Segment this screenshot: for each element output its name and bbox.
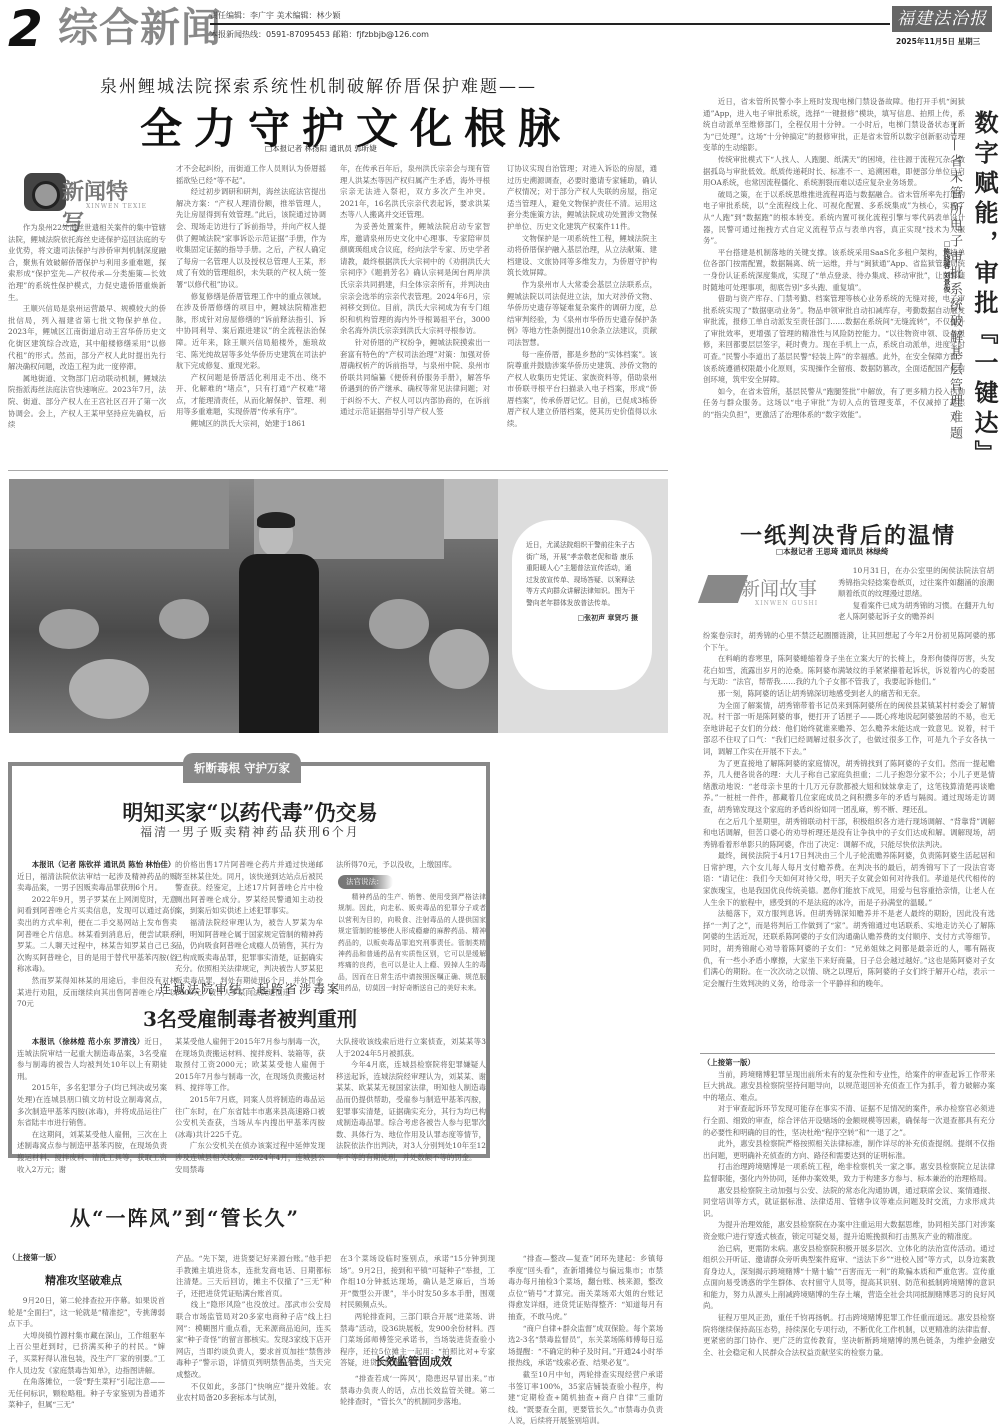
paragraph: 征程万里风正劲，重任千钧再扬帆。打击跨境赌博犯罪工作任重而道远。惠安县检察院将继… <box>703 1312 995 1358</box>
paragraph: 那一刻，陈阿婆的话让胡秀锦深切地感受到老人的痛苦和无奈。 <box>703 688 995 700</box>
continued-label: （上接第一版） <box>703 1057 995 1069</box>
photo-caption: 近日，尤溪法院组织干警前往朱子古街广场，开展“孝亲敬老促和谐 康乐重阳暖人心”主… <box>512 520 652 690</box>
paragraph: 打击治理跨境赌博是一项系统工程，绝非检察机关一家之事。惠安县检察院立足法律监督职… <box>703 1161 995 1184</box>
paragraph: 在之后几个星期里，胡秀锦联动村干部，积极组织各方进行现场调解、“背靠背”调解和电… <box>703 816 995 851</box>
lead-credit: 本报讯（徐林煌 范小东 罗清浅） <box>32 1037 145 1046</box>
badge-label: 新闻故事 <box>741 574 817 601</box>
photo-person <box>239 514 319 733</box>
paragraph: 为妥善处置案件，鲤城法院启动专家智库，邀请泉州历史文化中心理事、专家陪审员颜廣瑛… <box>340 221 490 337</box>
camera-icon <box>24 173 66 211</box>
paragraph: 今年4月底，连城县检察院将犯罪嫌疑人移送起诉，连城法院经审理认为，刘某某、谢某某… <box>336 1059 486 1163</box>
digital-article-byline: □陈晓蓉 刘景俊 <box>942 240 952 292</box>
story-article-byline: □本报记者 王思琦 通讯员 林绿绮 <box>776 546 888 557</box>
publication-date: 2025年11月5日 星期三 <box>896 36 980 47</box>
paragraph: 法所得70元，予以没收，上缴国库。 <box>336 859 484 871</box>
paragraph: 法槌落下，双方服判息诉。但胡秀锦深知赡养并不是老人最终的期盼，因此没有选择“一判… <box>703 908 995 989</box>
section-title: 综合新闻 <box>58 4 222 52</box>
paragraph: 治已病，更需防未病。惠安县检察院积极开展多层次、立体化的法治宣传活动。通过组织公… <box>703 1243 995 1313</box>
bottom-article-column-4: “排查—整改—复查”闭环先建起：乡镇每季度“回头看”，查新增摊位与偏远集市；市禁… <box>508 1253 663 1427</box>
paragraph: 近日，福清法院依法审结一起涉及精神药品的贩卖毒品案，一男子因贩卖毒品罪获刑6个月… <box>17 871 177 894</box>
paragraph: 修复修缮是侨厝管理工作中的重点领域。在涉及侨厝修缮的项目中，鲤城法院精准把脉，形… <box>176 291 326 372</box>
digital-article-title: 数字赋能，审批『一键达』 <box>970 110 1000 470</box>
paragraph: 在这期间，刘某某受他人雇佣，三次在上述制毒窝点参与制造甲基苯丙胺，在现场负责搬运… <box>17 1129 167 1175</box>
paragraph: 作为泉州市人大常委会基层立法联系点，鲤城法院以司法促进立法，加大对涉侨文物、华侨… <box>507 279 657 349</box>
paragraph: 借助与资产库存、门禁考勤、档案管理等核心业务系统的无缝对接，电子审批系统实现了“… <box>703 293 965 386</box>
paragraph: 经过初步调研和研判，海丝法庭法官提出解决方案：“产权人理清份额，推举管理人，先让… <box>176 186 326 290</box>
bottom-article-column-2: 产品。“先下架，进货要记好来源台账。”他手把手教摊主填进货本，连批发商电话、日期… <box>176 1253 331 1404</box>
paragraph: 2022年9月，男子罗某在上网浏览时，无意间看到阿普唑仑片买卖信息，发现可以通过… <box>17 894 177 975</box>
subheading: 精准攻坚破难点 <box>45 1272 122 1288</box>
bottom-article-title: 从“一阵风”到“管长久” <box>70 1202 300 1231</box>
drug-article-1-column-3: 法所得70元，予以没收，上缴国库。 <box>336 859 484 871</box>
paragraph: 王顺兴信局是泉州运营最早、规模较大的侨批信局，列入福建省第七批文物保护单位。20… <box>8 303 166 373</box>
section-divider <box>700 1053 995 1054</box>
paragraph: “排查—整改—复查”闭环先建起：乡镇每季度“回头看”，查新增摊位与偏远集市；市禁… <box>508 1253 663 1323</box>
header-rule <box>210 23 890 25</box>
paragraph: 如今，在省未管所，基层民警从“跑腿签批”中解放，有了更多精力投入执勤任务与群众服… <box>703 386 965 421</box>
paragraph: 每一座侨厝，都是乡愁的“实体档案”。该院尊重并鼓励涉案华侨历史建筑、涉侨文物的产… <box>507 349 657 430</box>
hotline-info: 本报新闻热线：0591-87095453 邮箱：fjfzbbjb@126.com <box>210 29 429 40</box>
paragraph: 文物保护是一项系统性工程，鲤城法院主动将侨厝保护融入基层治理，从立法献策、建档建… <box>507 233 657 279</box>
paragraph: 线上“隐形风险”也没放过。邵武市公安局联合市场监管局对20多家电商种子店“线上扫… <box>176 1299 331 1380</box>
judge-commentary-tag: 法官说法： <box>338 875 393 889</box>
paragraph: 复看案件已成为胡秀锦的习惯。在翻开九旬老人陈阿婆起诉子女的赡养纠 <box>838 600 994 623</box>
paragraph: 广东公安机关在侦办该案过程中延伸发现涉及连城县相关线索。2024年4月，连城县公… <box>175 1140 325 1175</box>
news-story-badge: 新闻故事 XINWEN GUSHI <box>703 570 828 615</box>
subheading: 长效监管固成效 <box>375 1353 452 1369</box>
paragraph: 10月31日，在办公室里的闽侯法院法官胡秀锦指尖轻捻案卷纸页，过往案件如翻涌的浪… <box>838 565 994 600</box>
paragraph: 订协议实现自治管理；对进入诉讼的房屋，通过历史溯源调查，必要时邀请专家辅助，确认… <box>507 163 657 233</box>
paragraph: 此外，惠安县检察院严格按照相关法律标准，制作详尽的补充侦查提纲。提纲不仅指出问题… <box>703 1138 995 1161</box>
paragraph: 为提升治理效能，惠安县检察院在办案中注重运用大数据思维，协同相关部门对涉案资金账… <box>703 1219 995 1242</box>
paragraph: 为全面了解案情，胡秀锦带着书记员来到陈阿婆所在的闽侯县某镇某村村委会了解情况。村… <box>703 700 995 758</box>
paragraph: 鲤城区的洪氏大宗祠，始建于1861 <box>176 418 326 430</box>
photo-crowd <box>159 599 209 639</box>
lead-credit: 本报讯（记者 陈钦祥 通讯员 陈怡 林怡佳） <box>32 860 175 869</box>
photo-crowd <box>369 599 429 649</box>
paragraph: 9月20日，第二轮排查拉开序幕。如果说首轮是“全面扫”，这一轮就是“精准挖”，专… <box>8 1295 165 1330</box>
drug-article-1-column-2: 的价格出售17片阿普唑仑药片并通过快递邮寄至林某住处。同月，该快递到达站点后被民… <box>175 859 323 998</box>
paragraph: “商户自律+群众监督”成双保险。每个菜场选2-3名“禁毒监督员”，东关菜场陈师傅… <box>508 1323 663 1369</box>
main-article-kicker: 泉州鲤城法院探索系统性机制破解侨厝保护难题—— <box>100 72 537 97</box>
page-number: 2 <box>8 4 43 54</box>
paragraph: 不仅如此，多部门“快响应”提升效能。农业农村局备20多套标本与试剂， <box>176 1381 331 1404</box>
paragraph: “排查若成‘一阵风’，隐患迟早冒出来。”市禁毒办负责人的话，点出长效监管关键。第… <box>340 1373 495 1408</box>
section-divider <box>8 470 668 471</box>
paragraph: 才不会起纠纷，而街道工作人员则认为侨厝摇摇欲坠已经“等不起”。 <box>176 163 326 186</box>
photo-credit: □张初声 章贤巧 摄 <box>526 613 638 625</box>
paragraph: 惠安县检察院主动加强与公安、法院的常态化沟通协调，通过联席会议、案情通报、同堂培… <box>703 1185 995 1220</box>
paragraph: 对于审查起诉环节发现可能存在事实不清、证据不足情况的案件，承办检察官必须进行全面… <box>703 1103 995 1138</box>
continued-label: （上接第一版） <box>8 1252 61 1263</box>
paragraph: 最终，闽侯法院于4月17日判决由三个儿子轮流赡养陈阿婆，负责陈阿婆生活起居和日常… <box>703 850 995 908</box>
paragraph: 针对侨厝的产权纷争，鲤城法院摸索出一套富有特色的“产权司法治理”对策：加强对侨厝… <box>340 337 490 418</box>
paragraph: 破局之策，在于以系统思维推进流程再造与数据融合。省未管所率先打造的电子审批系统，… <box>703 189 965 247</box>
drug-article-2-title: 3名受雇制毒者被判重刑 <box>0 1003 500 1032</box>
paragraph: 2015年7月底，同案人员将制造的毒品运往广东时，在广东省陆丰市惠来县高速路口被… <box>175 1094 325 1140</box>
paragraph: 近日，省未管所民警小李上班时发现电梯门禁设备故障。他打开手机“闽狱通”App，进… <box>703 96 965 154</box>
paragraph: 2015年，多名犯罪分子(均已判决或另案处理)在连城县朋口镇文坊村设立制毒窝点，… <box>17 1082 167 1128</box>
drug-article-2-column-1: 本报讯（徐林煌 范小东 罗清浅）近日，连城法院审结一起重大制造毒品案，3名受雇参… <box>17 1036 167 1175</box>
gambling-article-body: （上接第一版） 当前，跨境赌博犯罪呈现出前所未有的复杂性和专业性，给案件的审查起… <box>703 1057 995 1358</box>
paragraph: 的价格出售17片阿普唑仑药片并通过快递邮寄至林某住处。同月，该快递到达站点后被民… <box>175 859 323 917</box>
paragraph: 产品。“先下架，进货要记好来源台账。”他手把手教摊主填进货本，连批发商电话、日期… <box>176 1253 331 1299</box>
badge-label-en: XINWEN GUSHI <box>755 600 818 607</box>
photo-building <box>9 479 229 549</box>
anti-drug-section-tab: 斩断毒根 守护万家 <box>183 753 301 783</box>
news-feature-badge: 新闻特写 XINWEN TEXIE <box>22 165 147 220</box>
main-article-byline: □本报记者 林扬阳 通讯员 郭昕婕 <box>265 143 377 154</box>
paragraph: 在3个菜场设临时鉴别点，承诺“15分钟到现场”。9月2日，接到和平镇“可疑种子”… <box>340 1253 495 1311</box>
drug-article-2-column-3: 大队接收该线索后进行立案侦查，刘某某等3人于2024年5月被抓获。 今年4月底，… <box>336 1036 486 1164</box>
paragraph: 在角落摊位，一袋“野生菜籽”引起注意——无任何标识，颗粒略粗。种子专家鉴别为普通… <box>8 1376 165 1411</box>
main-article-column-1: 作为泉州22处海丝世遗相关案件的集中管辖法院，鲤城法院依托海丝史迹保护巡回法庭的… <box>8 222 166 431</box>
paragraph: 属地街道、文物部门启动联动机制，鲤城法院指派海丝法庭法官快速响应。2023年7月… <box>8 373 166 431</box>
main-article-column-4: 订协议实现自治管理；对进入诉讼的房屋，通过历史溯源调查，必要时邀请专家辅助，确认… <box>507 163 657 430</box>
drug-article-1-subtitle: 福清一男子贩卖精神药品获刑6个月 <box>0 823 500 840</box>
photo-crowd <box>69 659 149 719</box>
paragraph: 传统审批模式下“人找人、人跑腿、纸满天”的困境，往往源于流程冗杂、数据孤岛与审批… <box>703 154 965 189</box>
paragraph: 产权问题是侨厝活化利用走不出、绕不开、化解难的“堵点”，只有打通“产权难”堵点，… <box>176 372 326 418</box>
main-article-column-2: 才不会起纠纷，而街道工作人员则认为侨厝摇摇欲坠已经“等不起”。 经过初步调研和研… <box>176 163 326 430</box>
paragraph: 截至10月中旬，两轮排查实现经营户承诺书签订率100%，35家店铺装查验小程序，… <box>508 1369 663 1427</box>
paragraph: 在料峭的春寒里，陈阿婆蜷缩着身子坐在立案大厅的长椅上，身形佝偻得厉害，头发花白如… <box>703 653 995 688</box>
bottom-article-column-3: 在3个菜场设临时鉴别点，承诺“15分钟到现场”。9月2日，接到和平镇“可疑种子”… <box>340 1253 495 1369</box>
main-article-column-3: 年，在传承百年后，泉州洪氏宗亲会与现有管理人洪某杰等因产权归属产生矛盾，海外寻根… <box>340 163 490 418</box>
story-article-body: 纷案卷宗时，胡秀锦的心里不禁泛起圈圈涟漪，让其回想起了今年2月份初见陈阿婆的那个… <box>703 630 995 989</box>
badge-label-en: XINWEN TEXIE <box>86 203 147 210</box>
photo-crowd <box>39 609 99 649</box>
paragraph: 大埠岗镇竹源村集市藏在深山，工作组驱车上百公里赶到时，已挤满买种子的村民。“婶子… <box>8 1330 165 1376</box>
paragraph: 作为泉州22处海丝世遗相关案件的集中管辖法院，鲤城法院依托海丝史迹保护巡回法庭的… <box>8 222 166 303</box>
bottom-article-column-1: 9月20日，第二轮排查拉开序幕。如果说首轮是“全面扫”，这一轮就是“精准挖”，专… <box>8 1295 165 1411</box>
digital-article-body: 近日，省未管所民警小李上班时发现电梯门禁设备故障。他打开手机“闽狱通”App，进… <box>703 96 965 421</box>
photo-sky <box>444 479 498 539</box>
paragraph: 年，在传承百年后，泉州洪氏宗亲会与现有管理人洪某杰等因产权归属产生矛盾，海外寻根… <box>340 163 490 221</box>
paragraph: 为了更直接地了解陈阿婆的家庭情况，胡秀锦找到了陈阿婆的子女们。然而一提起赡养，几… <box>703 758 995 816</box>
bottom-article-column-3b: “排查若成‘一阵风’，隐患迟早冒出来。”市禁毒办负责人的话，点出长效监管关键。第… <box>340 1373 495 1408</box>
drug-article-2-kicker: 连城法院审结一起跨省涉毒案 <box>0 980 500 997</box>
caption-text: 近日，尤溪法院组织干警前往朱子古街广场，开展“孝亲敬老促和谐 康乐重阳暖人心”主… <box>526 541 635 607</box>
photo-crowd <box>429 629 489 689</box>
story-article-lead: 10月31日，在办公室里的闽侯法院法官胡秀锦指尖轻捻案卷纸页，过往案件如翻涌的浪… <box>838 565 994 623</box>
news-photo <box>9 479 498 733</box>
paragraph: 当前，跨境赌博犯罪呈现出前所未有的复杂性和专业性，给案件的审查起诉工作带来巨大挑… <box>703 1069 995 1104</box>
paragraph: 大队接收该线索后进行立案侦查，刘某某等3人于2024年5月被抓获。 <box>336 1036 486 1059</box>
paper-logo: 福建法治报 <box>892 6 992 32</box>
paragraph: 某某受他人雇佣于2015年7月参与制毒一次，在现场负责搬运材料、搅拌废料、装箱等… <box>175 1036 325 1094</box>
drug-article-2-column-2: 某某受他人雇佣于2015年7月参与制毒一次，在现场负责搬运材料、搅拌废料、装箱等… <box>175 1036 325 1175</box>
paragraph: 平台搭建是机制落地的关键支撑。该系统采用SaaS化多租户架构，支持单位各部门按需… <box>703 247 965 293</box>
editors-credit: 责任编辑：李广宇 美术编辑：林少颖 <box>210 10 341 21</box>
paragraph: 纷案卷宗时，胡秀锦的心里不禁泛起圈圈涟漪，让其回想起了今年2月份初见陈阿婆的那个… <box>703 630 995 653</box>
